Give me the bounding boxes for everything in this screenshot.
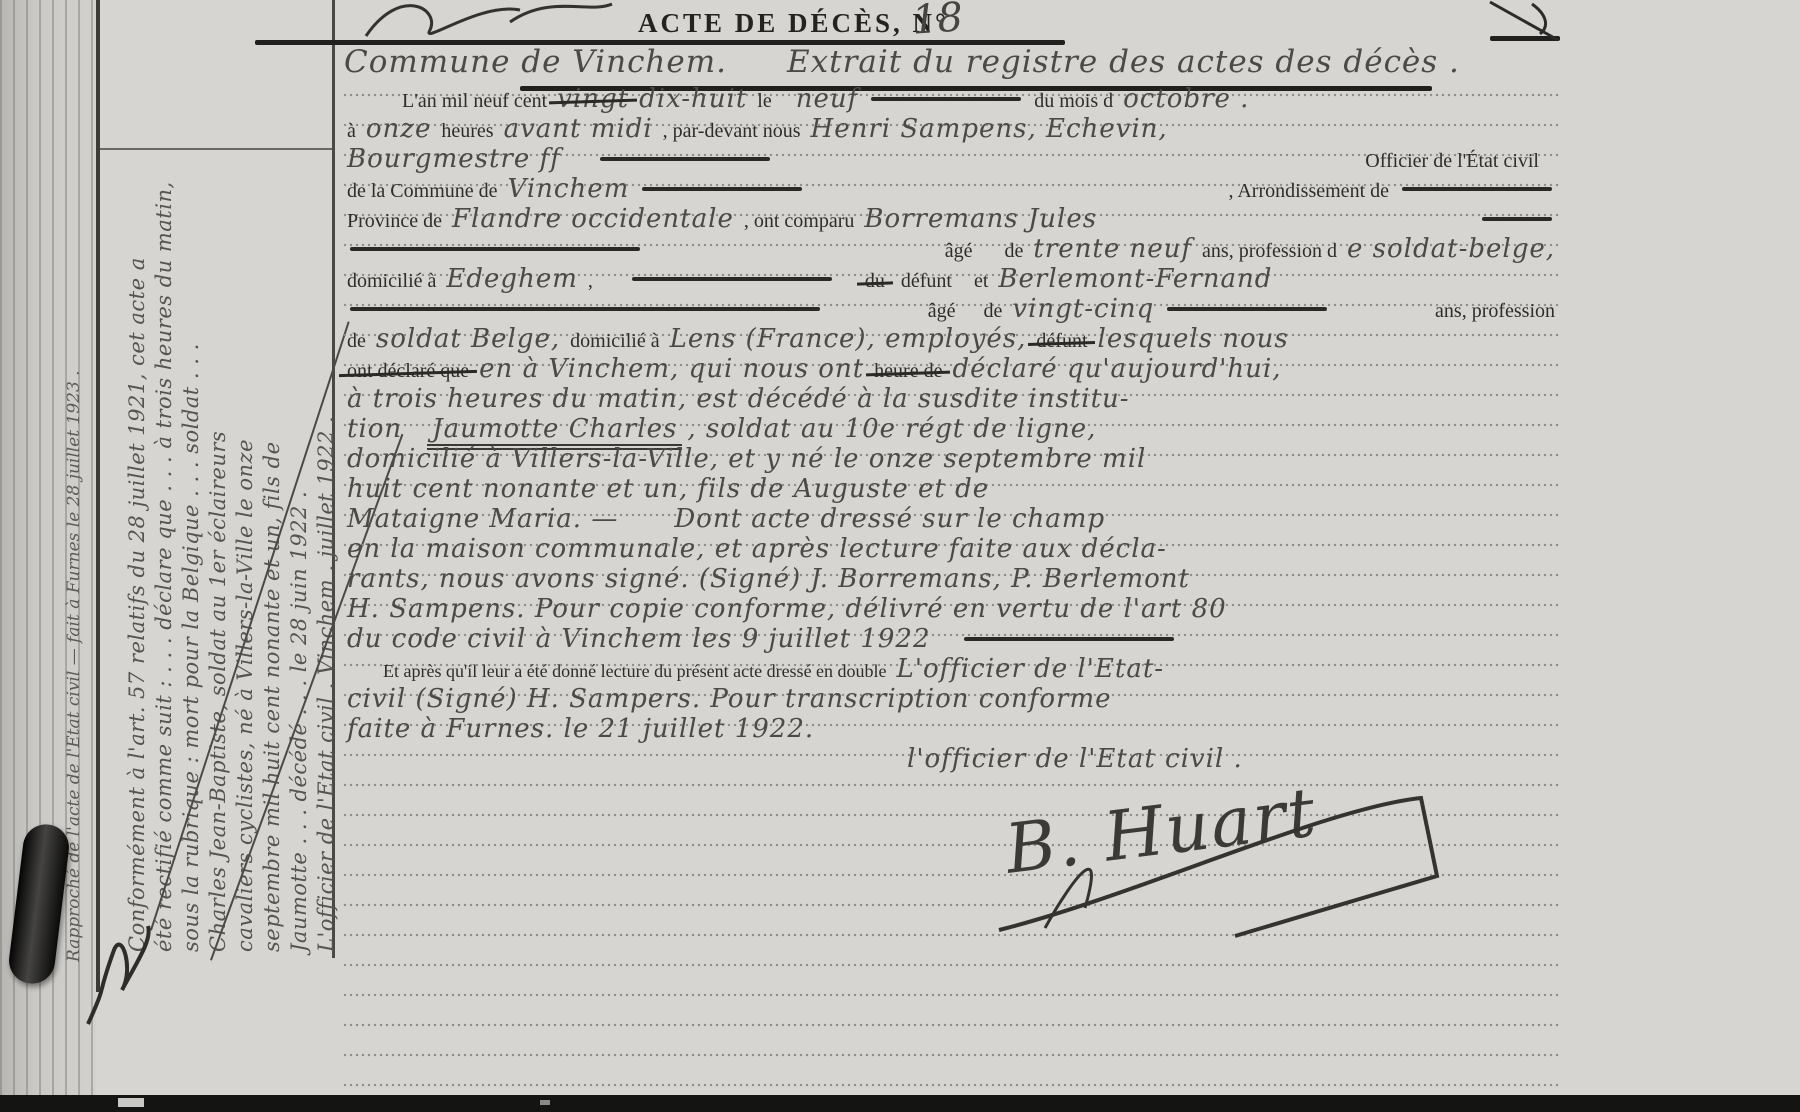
- printed-text: Et après qu'il leur a été donné lecture …: [378, 661, 892, 682]
- handwritten-text: L'officier de l'Etat-: [892, 654, 1170, 684]
- printed-text: domicilié à: [342, 270, 441, 293]
- printed-text-struck: défunt: [1031, 330, 1092, 353]
- subtitle-row: Commune de Vinchem. Extrait du registre …: [344, 44, 1559, 80]
- handwritten-text: domicilié à Villers-la-Ville, et y né le…: [342, 444, 1151, 474]
- handwritten-text: , soldat au 10e régt de ligne,: [682, 414, 1101, 444]
- form-line: tionJaumotte Charles, soldat au 10e régt…: [342, 414, 1560, 444]
- form-line: àonzeheuresavant midi, par-devant nousHe…: [342, 114, 1560, 144]
- extrait-handwritten: Extrait du registre des actes des décès …: [787, 44, 1460, 80]
- printed-text: et: [969, 270, 993, 293]
- form-line: huit cent nonante et un, fils de Auguste…: [342, 474, 1560, 504]
- handwritten-text: huit cent nonante et un, fils de Auguste…: [342, 474, 994, 504]
- handwritten-text: Lens (France), employés,: [665, 324, 1032, 354]
- handwritten-text: Edeghem: [441, 264, 582, 294]
- form-line: l'officier de l'Etat civil .: [342, 744, 1560, 774]
- printed-text: de: [979, 300, 1008, 323]
- pen-dash: [1402, 187, 1552, 191]
- printed-text: âgé: [940, 240, 978, 263]
- printed-text-struck: du: [860, 270, 890, 293]
- act-number: 18: [910, 0, 964, 44]
- handwritten-text: tion: [342, 414, 407, 444]
- handwritten-text: en la maison communale, et après lecture…: [342, 534, 1172, 564]
- document-title: ACTE DE DÉCÈS, N°: [638, 8, 949, 39]
- pen-dash: [350, 247, 640, 251]
- printed-text: Province de: [342, 210, 447, 233]
- pen-rule-top-right: [1490, 36, 1560, 41]
- printed-text: , par-devant nous: [658, 120, 806, 143]
- form-line: domicilié àEdeghem,dudéfuntetBerlemont-F…: [342, 264, 1560, 294]
- handwritten-text: Berlemont-Fernand: [993, 264, 1277, 294]
- pen-dash: [350, 307, 820, 311]
- printed-text: à: [342, 120, 361, 143]
- form-line: faite à Furnes. le 21 juillet 1922.: [342, 714, 1560, 744]
- form-line: âgédetrente neufans, profession de solda…: [342, 234, 1560, 264]
- form-line: Mataigne Maria. —Dont acte dressé sur le…: [342, 504, 1560, 534]
- form-line: Bourgmestre ffOfficier de l'État civil: [342, 144, 1560, 174]
- printed-text: défunt: [896, 270, 957, 293]
- margin-rectification-note: Conformément à l'art. 57 relatifs du 28 …: [124, 52, 340, 952]
- margin-note-line: L'officier de l'Etat civil . Vinchem . j…: [313, 52, 340, 952]
- handwritten-text: Henri Sampens, Echevin,: [806, 114, 1173, 144]
- handwritten-text: l'officier de l'Etat civil .: [902, 744, 1248, 774]
- form-line: desoldat Belge,domicilié àLens (France),…: [342, 324, 1560, 354]
- printed-text: , ont comparu: [739, 210, 860, 233]
- printed-text: heures: [436, 120, 498, 143]
- handwritten-text: Mataigne Maria. —: [342, 504, 623, 534]
- margin-note-line: cavaliers cyclistes, né à Villers-la-Vil…: [232, 52, 259, 952]
- printed-text: du mois d: [1029, 90, 1118, 113]
- handwritten-text: du code civil à Vinchem les 9 juillet 19…: [342, 624, 936, 654]
- pen-dash: [632, 277, 832, 281]
- scan-bottom-strip: [0, 1095, 1800, 1112]
- pen-dash: [1167, 307, 1327, 311]
- handwritten-text: dix-huit: [634, 84, 752, 114]
- spacer: [727, 44, 787, 80]
- pen-dash: [871, 97, 1021, 101]
- handwritten-text: lesquels nous: [1093, 324, 1294, 354]
- handwritten-text: rants, nous avons signé. (Signé) J. Borr…: [342, 564, 1195, 594]
- edge-annotation: Rapproché de l'acte de l'Etat civil — fa…: [64, 82, 84, 962]
- handwritten-text: Dont acte dressé sur le champ: [669, 504, 1110, 534]
- printed-text-struck: ont déclaré que: [342, 360, 474, 383]
- pen-dash: [600, 157, 770, 161]
- strip-notch: [540, 1100, 550, 1105]
- handwritten-text: déclaré qu'aujourd'hui,: [947, 354, 1286, 384]
- form-line: du code civil à Vinchem les 9 juillet 19…: [342, 624, 1560, 654]
- handwritten-text: e soldat-belge,: [1342, 234, 1560, 264]
- margin-note-line: Charles Jean-Baptiste, soldat au 1er écl…: [205, 52, 232, 952]
- form-line: ont déclaré queen à Vinchem, qui nous on…: [342, 354, 1560, 384]
- form-line: domicilié à Villers-la-Ville, et y né le…: [342, 444, 1560, 474]
- handwritten-text: Bourgmestre ff: [342, 144, 566, 174]
- printed-text-struck: heure de: [869, 360, 947, 383]
- handwritten-text: faite à Furnes. le 21 juillet 1922.: [342, 714, 819, 744]
- form-line: âgédevingt-cinqans, profession: [342, 294, 1560, 324]
- handwritten-text: à trois heures du matin, est décédé à la…: [342, 384, 1135, 414]
- printed-text: Officier de l'État civil: [1360, 150, 1544, 173]
- handwritten-text: octobre .: [1118, 84, 1254, 114]
- commune-handwritten: Commune de Vinchem.: [344, 44, 727, 80]
- printed-text: domicilié à: [565, 330, 664, 353]
- form-line: rants, nous avons signé. (Signé) J. Borr…: [342, 564, 1560, 594]
- handwritten-text: Borremans Jules: [859, 204, 1102, 234]
- form-line: à trois heures du matin, est décédé à la…: [342, 384, 1560, 414]
- handwritten-text: onze: [361, 114, 436, 144]
- handwritten-text: neuf: [791, 84, 864, 114]
- pen-dash: [964, 637, 1174, 641]
- form-line: civil (Signé) H. Sampers. Pour transcrip…: [342, 684, 1560, 714]
- printed-text: âgé: [923, 300, 961, 323]
- scanned-death-certificate: ACTE DE DÉCÈS, N° 18 Commune de Vinchem.…: [0, 0, 1800, 1112]
- pen-dash: [1482, 217, 1552, 221]
- margin-note-line: Conformément à l'art. 57 relatifs du 28 …: [124, 52, 151, 952]
- handwritten-text: soldat Belge,: [371, 324, 565, 354]
- handwritten-text: en à Vinchem, qui nous ont: [474, 354, 869, 384]
- printed-text: de: [342, 330, 371, 353]
- printed-text: de: [1000, 240, 1029, 263]
- form-line: H. Sampens. Pour copie conforme, délivré…: [342, 594, 1560, 624]
- printed-text: ,: [583, 270, 598, 293]
- form-line: Province deFlandre occidentale, ont comp…: [342, 204, 1560, 234]
- margin-note-line: sous la rubrique : mort pour la Belgique…: [178, 52, 205, 952]
- pen-dash: [642, 187, 802, 191]
- handwritten-text: avant midi: [499, 114, 658, 144]
- pen-flourish-top-left: [360, 0, 620, 42]
- printed-text: ans, profession: [1430, 300, 1560, 323]
- handwritten-text: H. Sampens. Pour copie conforme, délivré…: [342, 594, 1232, 624]
- handwritten-text: Vinchem: [503, 174, 635, 204]
- form-line: L'an mil neuf centvingtdix-huitleneufdu …: [342, 84, 1560, 114]
- printed-text: L'an mil neuf cent: [397, 90, 552, 113]
- handwritten-text: civil (Signé) H. Sampers. Pour transcrip…: [342, 684, 1117, 714]
- form-line: en la maison communale, et après lecture…: [342, 534, 1560, 564]
- strip-notch: [118, 1098, 144, 1107]
- printed-text: ans, profession d: [1197, 240, 1342, 263]
- form-line: de la Commune deVinchem, Arrondissement …: [342, 174, 1560, 204]
- printed-text: , Arrondissement de: [1223, 180, 1394, 203]
- handwritten-text: Flandre occidentale: [447, 204, 739, 234]
- handwritten-text: vingt-cinq: [1007, 294, 1159, 324]
- form-line: Et après qu'il leur a été donné lecture …: [342, 654, 1560, 684]
- printed-text: de la Commune de: [342, 180, 503, 203]
- margin-note-line: été rectifié comme suit : . . . déclare …: [151, 52, 178, 952]
- handwritten-text-struck: vingt: [552, 84, 634, 114]
- handwritten-text: trente neuf: [1028, 234, 1197, 264]
- signature-flourish: [985, 778, 1465, 948]
- printed-text: le: [752, 90, 776, 113]
